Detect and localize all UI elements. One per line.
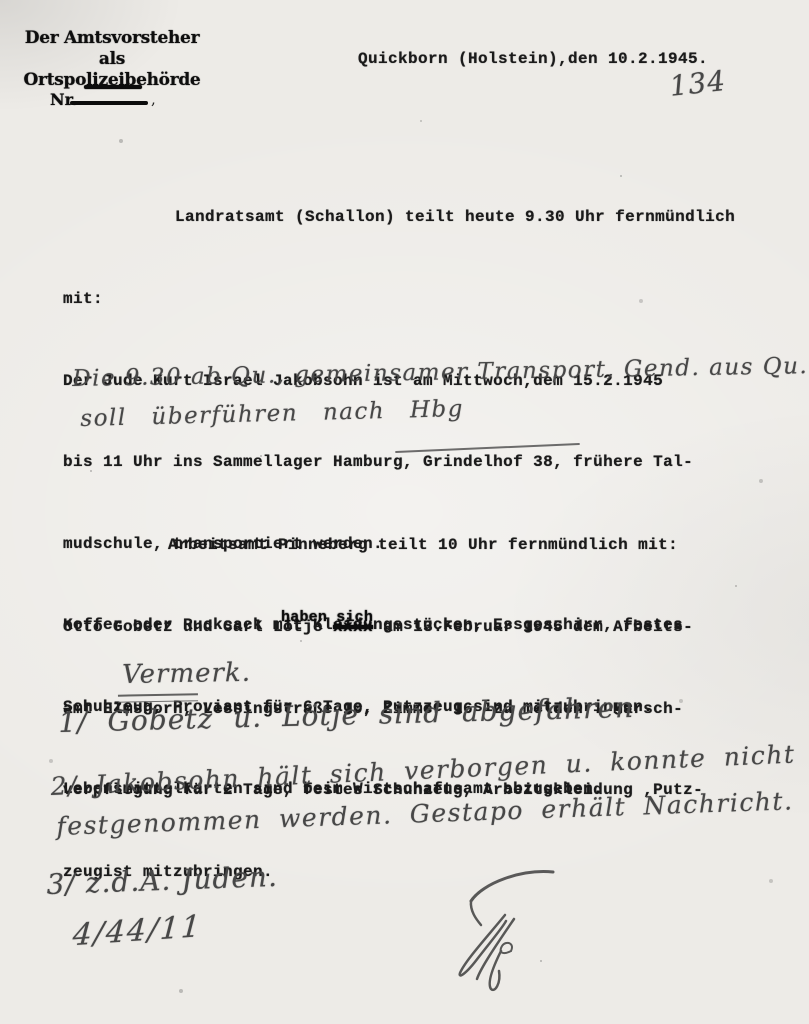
struck-text: xxxxhaben sich (333, 618, 373, 636)
dateline: Quickborn (Holstein),den 10.2.1945. (358, 46, 708, 73)
marginal-number-handwritten: 134 (668, 64, 728, 103)
letterhead: Der Amtsvorsteher als Ortspolizeibehörde (12, 28, 212, 91)
signature-paraph (443, 855, 558, 995)
document-page: Der Amtsvorsteher als Ortspolizeibehörde… (0, 0, 809, 1024)
report1-line3: bis 11 Uhr ins Sammellager Hamburg, Grin… (63, 449, 735, 476)
letterhead-line1: Der Amtsvorsteher (12, 28, 212, 49)
nr-underline (70, 101, 148, 105)
report2-line1-seg2: am 13.Februar 1945 dem Arbeits- (373, 618, 693, 636)
memo-heading: Vermerk. (122, 658, 251, 690)
paper-speckles (0, 0, 2, 2)
nr-comma: , (151, 90, 156, 108)
report1-line1: mit: (63, 286, 735, 313)
memo-heading-underline (118, 693, 198, 702)
nr-label: Nr. (50, 90, 77, 109)
report2-line1: Otto Gobetz und Carl Lötje xxxxhaben sic… (63, 614, 703, 641)
inserted-correction: haben sich (281, 604, 373, 631)
report1-line0: Landratsamt (Schallon) teilt heute 9.30 … (63, 204, 735, 231)
report2-line0: Arbeitsamt Pinneberg teilt 10 Uhr fernmü… (63, 532, 703, 559)
letterhead-rule (84, 85, 142, 89)
